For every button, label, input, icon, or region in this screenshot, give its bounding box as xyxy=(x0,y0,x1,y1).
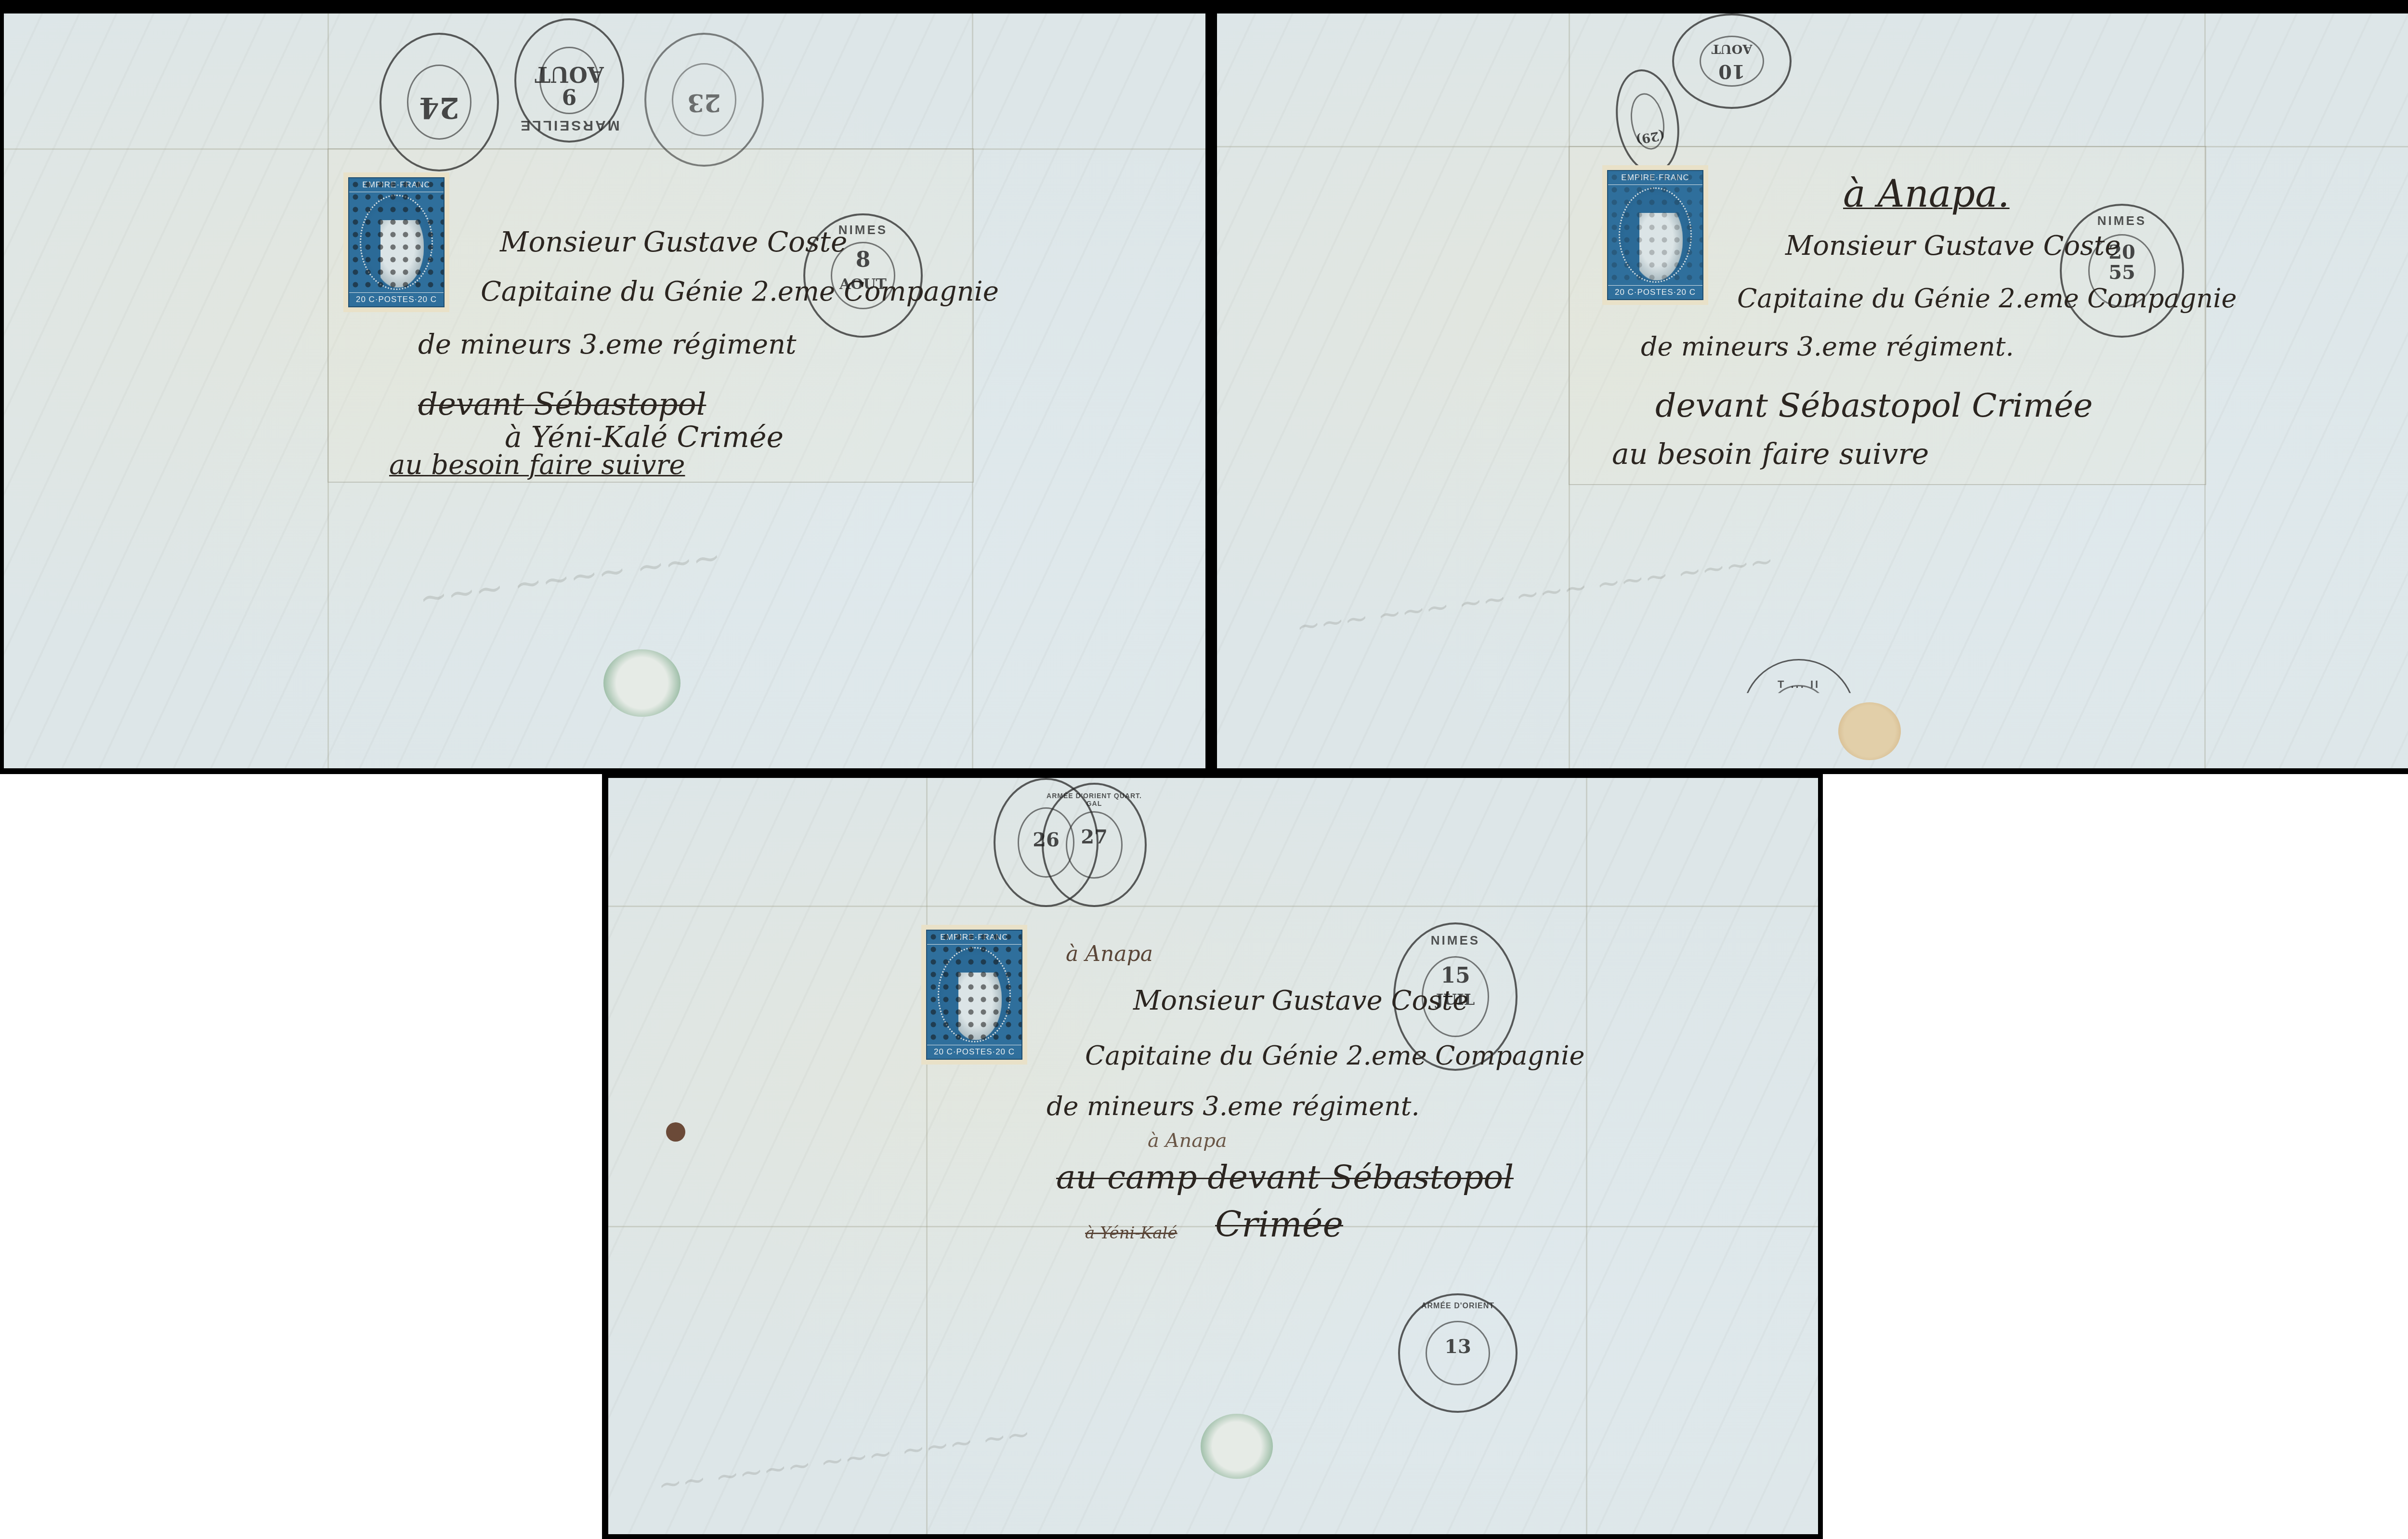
fold-line xyxy=(926,778,928,1534)
postmark-back-1: 24 xyxy=(380,33,499,171)
bleed-through-text: ~~ ~~~~ ~~~ ~~~ ~~ xyxy=(656,1417,1033,1502)
stamp-napoleon-20c: EMPIRE·FRANC 20 C·POSTES·20 C xyxy=(1602,165,1708,305)
ink-spot xyxy=(666,1122,685,1142)
fold-line xyxy=(608,1226,1818,1227)
postmark-partial: T ... II xyxy=(1742,659,1856,768)
stamp-napoleon-20c: EMPIRE·FRANC 20 C·POSTES·20 C xyxy=(921,925,1027,1065)
postmark-front: NIMES 8AOUT xyxy=(803,213,923,338)
postmark-back-2: MARSEILLE 9AOUT xyxy=(514,18,624,143)
fold-line xyxy=(1586,778,1587,1534)
stamp-napoleon-20c: EMPIRE·FRANC 20 C·POSTES·20 C xyxy=(343,172,449,312)
postmark-top-2: ARMÉE D'ORIENT QUART. GAL 27 xyxy=(1042,783,1147,907)
postmark-back-1: 10AOUT xyxy=(1672,13,1792,109)
postmark-back: ARMÉE D'ORIENT 13 xyxy=(1398,1293,1518,1413)
letter-cover-2: (29) 10AOUT EMPIRE·FRANC 20 C·POSTES·20 … xyxy=(1217,13,2408,768)
bleed-through-text: ~~~ ~~~~ ~~~ xyxy=(417,537,723,618)
wax-seal xyxy=(1201,1414,1273,1479)
wax-seal xyxy=(1838,702,1901,760)
cancel-dots xyxy=(927,931,1021,1059)
postmark-back-3: 23 xyxy=(644,33,764,167)
letter-cover-1: 24 MARSEILLE 9AOUT 23 EMPIRE·FRANC 20 C·… xyxy=(4,13,1205,768)
bleed-through-text: ~~~ ~~~ ~~ ~~~ ~~~ ~~~~ xyxy=(1294,544,1776,645)
wax-seal xyxy=(603,649,681,717)
cancel-dots xyxy=(349,178,444,306)
fold-line xyxy=(608,906,1818,907)
letter-cover-3: 26 ARMÉE D'ORIENT QUART. GAL 27 EMPIRE·F… xyxy=(608,778,1818,1534)
postmark-front: NIMES 2055 xyxy=(2060,204,2184,338)
cancel-dots xyxy=(1608,171,1702,299)
